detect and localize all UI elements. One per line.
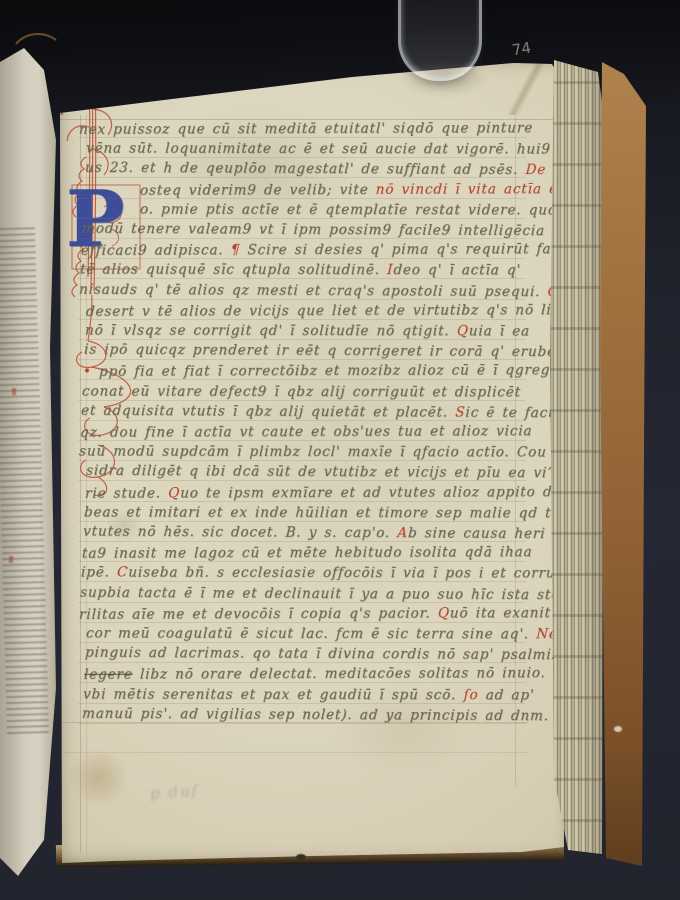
manuscript-line: o. pmie ptis actīe et ē qtemplatīe resta… <box>140 201 558 218</box>
manuscript-line: modū tenere valeam9 vt ī ipm possim9 fac… <box>82 221 581 240</box>
manuscript-line: vēna sūt. loquanimitate ac ē et seū auci… <box>86 141 552 158</box>
retaining-strap <box>398 0 482 81</box>
bottom-edge-speck <box>296 854 306 860</box>
text-ruling-line <box>78 278 526 279</box>
facing-page-text-showthrough <box>0 226 49 737</box>
manuscript-line: rilitas aīe me et devocōis ī copia q's p… <box>79 605 552 623</box>
manuscript-line: • ppō fia et fiat ī correctōibz et mozib… <box>83 363 586 381</box>
manuscript-line: beas et imitari et ex inde hūilian et ti… <box>84 504 608 521</box>
manuscript-line: nex puissoz que cū sit meditā etuitatl' … <box>79 120 534 138</box>
manuscript-line: cor meū coagulatū ē sicut lac. fcm ē sic… <box>86 625 589 642</box>
facing-page-edge <box>0 48 66 876</box>
photo-background: P nex puissoz que cū sit meditā etuitatl… <box>0 0 680 900</box>
manuscript-line: pinguis ad lacrimas. qo tata ī divina co… <box>85 645 588 664</box>
manuscript-line: osteq viderim9 de velib; vite nō vincdi … <box>140 181 601 199</box>
manuscript-line: et adquisita vtutis ī qbz alij quietāt e… <box>81 403 559 421</box>
manuscript-line: us 23. et h de qeuplōo magestatl' de suf… <box>85 160 547 178</box>
manuscript-line: manuū pis'. ad vigilias sep nolet). ad y… <box>82 706 550 724</box>
manuscript-photo: { "scene": { "background_color": "#20222… <box>0 0 680 900</box>
manuscript-line: efficaci9 adipisca. ¶ Scire si desies q'… <box>81 241 580 259</box>
manuscript-line: conat eū vitare defect9 ī qbz alij corri… <box>82 383 522 400</box>
manuscript-line: ta9 inasit me lagoz cū et mēte hebitudo … <box>82 544 533 562</box>
facing-page-rubric-speck <box>9 556 13 563</box>
manuscript-line: rie stude. Quo te ipsm exmīare et ad vtu… <box>85 484 562 502</box>
bookmark-thread <box>14 28 58 50</box>
manuscript-line: desert v tē alios de vicijs que liet et … <box>86 302 568 320</box>
manuscript-line: vbi mētis serenitas et pax et gaudiū ī s… <box>83 686 535 703</box>
bottom-frame-ruling-2 <box>60 752 528 753</box>
manuscript-line: nisauds q' tē alios qz mesti et craq's a… <box>79 281 575 300</box>
manuscript-line: legere libz nō orare delectat. meditacōe… <box>84 666 547 684</box>
manuscript-line: tē alios quisquē sīc qtupla solitudinē. … <box>80 262 522 279</box>
manuscript-line: ipē. Cuiseba bñ. s ecclesiasie offocōis … <box>81 565 562 582</box>
facing-page-rubric-speck <box>12 388 16 395</box>
manuscript-line: supbia tacta ē ī me et declinauit ī ya a… <box>80 584 561 603</box>
manuscript-line: qz. dou fine ī actīa vt caute et obs'ues… <box>80 423 533 441</box>
text-ruling-line <box>78 460 526 461</box>
cover-speck <box>614 726 622 732</box>
manuscript-line: sidra diligēt q ibi dcā sūt de vtutibz e… <box>86 463 553 481</box>
manuscript-line: vtutes nō hēs. sic docet. B. y s. cap'o.… <box>83 524 613 543</box>
leather-cover-edge <box>594 50 654 872</box>
manuscript-page: P nex puissoz que cū sit meditā etuitatl… <box>52 55 568 867</box>
ghost-offset-note: p duſ <box>149 781 199 802</box>
manuscript-line: is ipō quicqz prenderet ir eēt q corrige… <box>84 342 594 361</box>
text-ruling-line <box>78 157 526 158</box>
manuscript-line: suū modū supdcām ī plimbz locl' maxīe ī … <box>79 444 548 461</box>
corner-crease <box>492 59 562 115</box>
folio-number: 74 <box>511 39 533 60</box>
manuscript-line: nō ī vlsqz se corrigit qd' ī solitudīe n… <box>85 323 531 340</box>
text-ruling-line <box>78 581 526 582</box>
